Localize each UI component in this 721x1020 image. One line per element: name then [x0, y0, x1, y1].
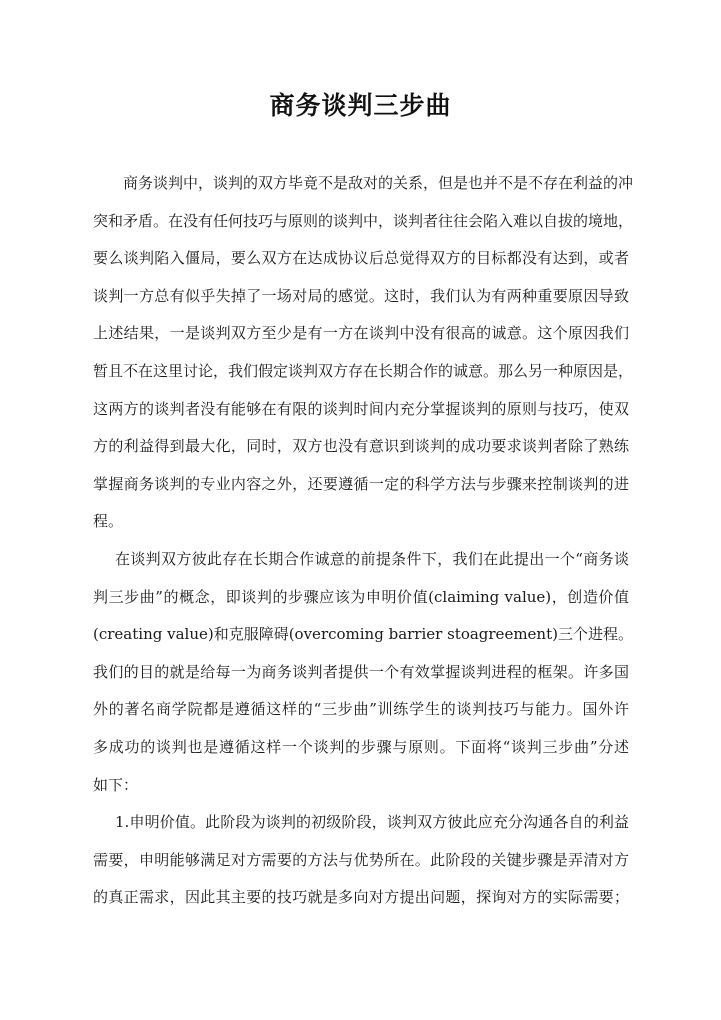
text-line: 如下： — [93, 773, 629, 811]
text-line: 要么谈判陷入僵局，要么双方在达成协议后总觉得双方的目标都没有达到，或者 — [93, 246, 629, 284]
text-line: (creating value)和克服障碍(overcoming barrier… — [93, 622, 629, 660]
text-line: 我们的目的就是给每一为商务谈判者提供一个有效掌握谈判进程的框架。许多国 — [93, 660, 629, 698]
text-line: 上述结果，一是谈判双方至少是有一方在谈判中没有很高的诚意。这个原因我们 — [93, 321, 629, 359]
text-line: 商务谈判中，谈判的双方毕竟不是敌对的关系，但是也并不是不存在利益的冲 — [93, 171, 629, 209]
paragraph-step-1-claiming-value: 1.申明价值。此阶段为谈判的初级阶段，谈判双方彼此应充分沟通各自的利益 需要，申… — [93, 810, 629, 923]
text-line: 外的著名商学院都是遵循这样的“三步曲”训练学生的谈判技巧与能力。国外许 — [93, 697, 629, 735]
document-body: 商务谈判中，谈判的双方毕竟不是敌对的关系，但是也并不是不存在利益的冲 突和矛盾。… — [93, 171, 629, 923]
document-title: 商务谈判三步曲 — [0, 88, 721, 124]
text-line: 在谈判双方彼此存在长期合作诚意的前提条件下，我们在此提出一个“商务谈 — [93, 547, 629, 585]
text-line: 多成功的谈判也是遵循这样一个谈判的步骤与原则。下面将“谈判三步曲”分述 — [93, 735, 629, 773]
text-line: 突和矛盾。在没有任何技巧与原则的谈判中，谈判者往往会陷入难以自拔的境地， — [93, 209, 629, 247]
text-line: 暂且不在这里讨论，我们假定谈判双方存在长期合作的诚意。那么另一种原因是， — [93, 359, 629, 397]
text-line: 的真正需求，因此其主要的技巧就是多向对方提出问题，探询对方的实际需要； — [93, 885, 629, 923]
text-line: 这两方的谈判者没有能够在有限的谈判时间内充分掌握谈判的原则与技巧，使双 — [93, 397, 629, 435]
text-line: 程。 — [93, 509, 629, 547]
text-line: 需要，申明能够满足对方需要的方法与优势所在。此阶段的关键步骤是弄清对方 — [93, 848, 629, 886]
text-line: 谈判一方总有似乎失掉了一场对局的感觉。这时，我们认为有两种重要原因导致 — [93, 284, 629, 322]
text-line: 掌握商务谈判的专业内容之外，还要遵循一定的科学方法与步骤来控制谈判的进 — [93, 472, 629, 510]
text-line: 1.申明价值。此阶段为谈判的初级阶段，谈判双方彼此应充分沟通各自的利益 — [93, 810, 629, 848]
document-page: 商务谈判三步曲 商务谈判中，谈判的双方毕竟不是敌对的关系，但是也并不是不存在利益… — [0, 0, 721, 1020]
paragraph-intro: 商务谈判中，谈判的双方毕竟不是敌对的关系，但是也并不是不存在利益的冲 突和矛盾。… — [93, 171, 629, 547]
paragraph-three-steps-concept: 在谈判双方彼此存在长期合作诚意的前提条件下，我们在此提出一个“商务谈 判三步曲”… — [93, 547, 629, 810]
text-line: 方的利益得到最大化，同时，双方也没有意识到谈判的成功要求谈判者除了熟练 — [93, 434, 629, 472]
text-line: 判三步曲”的概念，即谈判的步骤应该为申明价值(claiming value)，创… — [93, 585, 629, 623]
